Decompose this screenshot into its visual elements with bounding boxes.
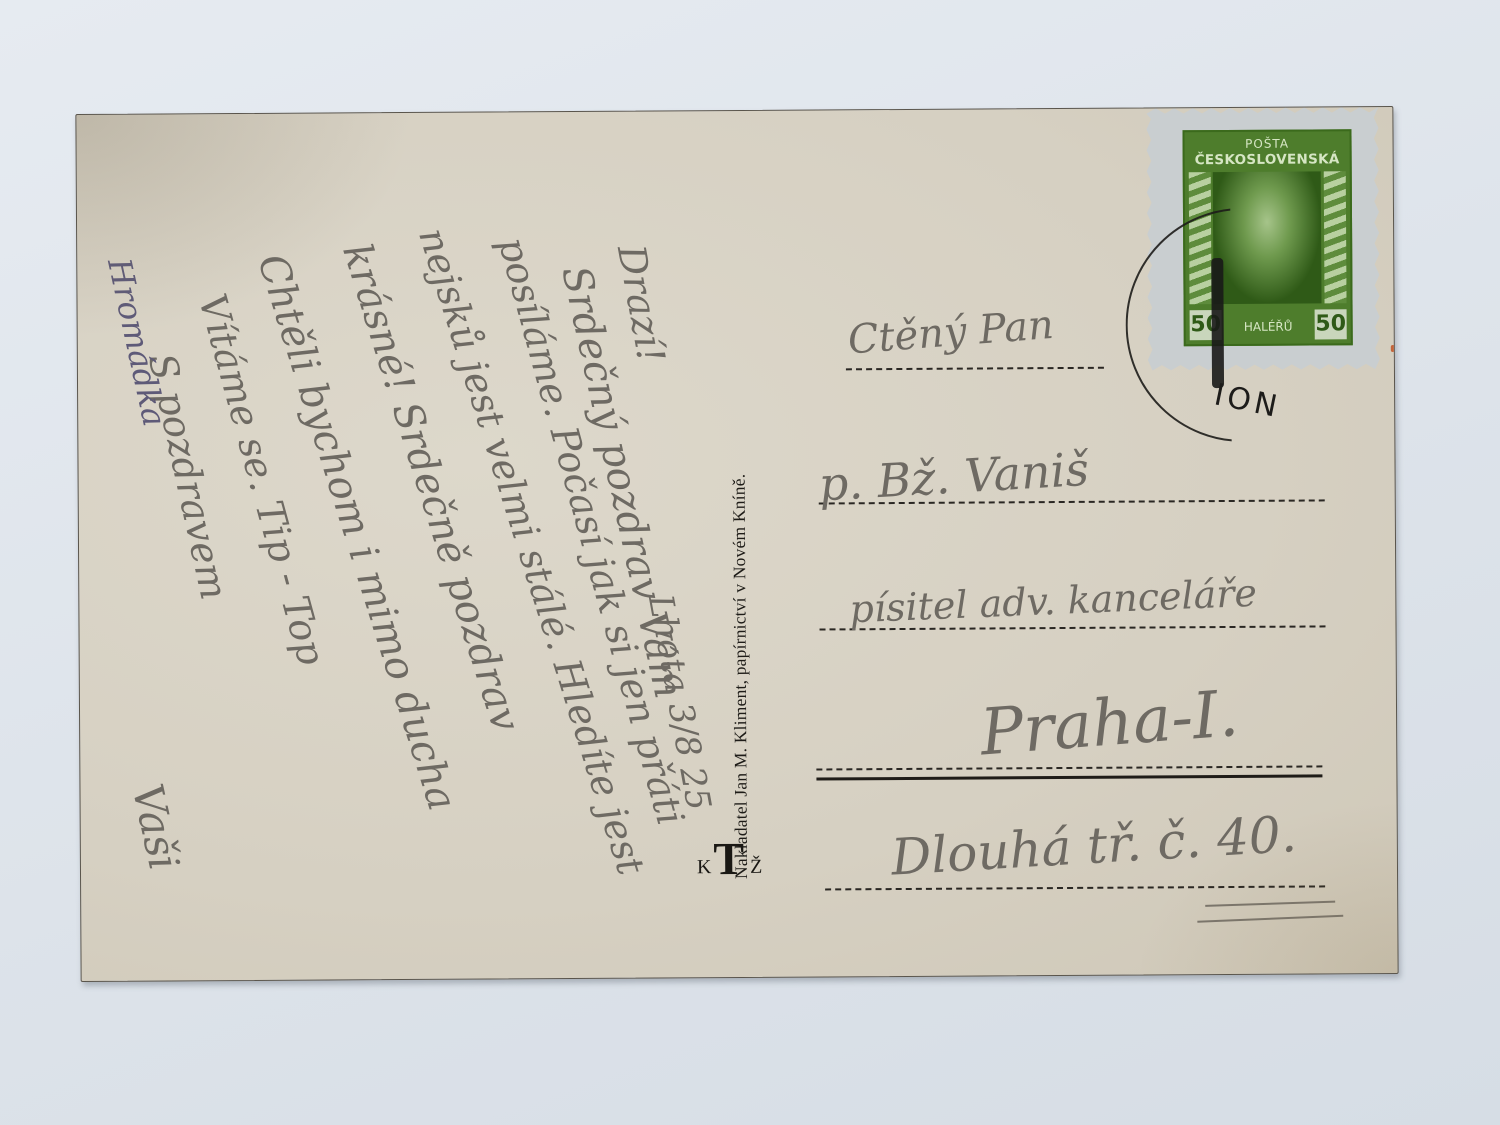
publisher-imprint: Nakladatel Jan M. Kliment, papírnictví v…	[721, 199, 769, 879]
logo-letter-t: T	[713, 839, 744, 879]
stamp-denomination: HALÉŘŮ	[1226, 319, 1311, 334]
postcard: Nakladatel Jan M. Kliment, papírnictví v…	[75, 106, 1398, 982]
stamp-country-label: ČESKOSLOVENSKÁ	[1185, 151, 1350, 168]
address-line-4	[816, 765, 1322, 770]
address-city: Praha-I.	[978, 677, 1241, 770]
address-line-1	[846, 367, 1104, 371]
stamp-posta-label: POŠTA	[1185, 135, 1350, 152]
ink-fleck	[1391, 345, 1395, 352]
stamp-value-right: 50	[1315, 309, 1347, 339]
purple-signature: Hromádka	[100, 255, 174, 430]
underline-1	[1205, 901, 1335, 907]
logo-letter-k: K	[697, 856, 712, 879]
address-salutation: Ctěný Pan	[846, 302, 1055, 364]
address-occupation: písitel adv. kanceláře	[849, 571, 1258, 632]
underline-2	[1197, 915, 1343, 923]
message-line-1: Drazí!	[609, 242, 674, 367]
address-street: Dlouhá tř. č. 40.	[890, 805, 1299, 887]
stamp-country: POŠTA ČESKOSLOVENSKÁ	[1185, 135, 1350, 168]
address-line-4-solid	[816, 774, 1322, 780]
laurel-right-icon	[1324, 171, 1347, 303]
publisher-imprint-text: Nakladatel Jan M. Kliment, papírnictví v…	[727, 199, 752, 879]
logo-letter-z: Ž	[750, 856, 762, 879]
publisher-logo: K T Ž	[697, 839, 763, 879]
message-signature: Vaši	[123, 779, 189, 874]
